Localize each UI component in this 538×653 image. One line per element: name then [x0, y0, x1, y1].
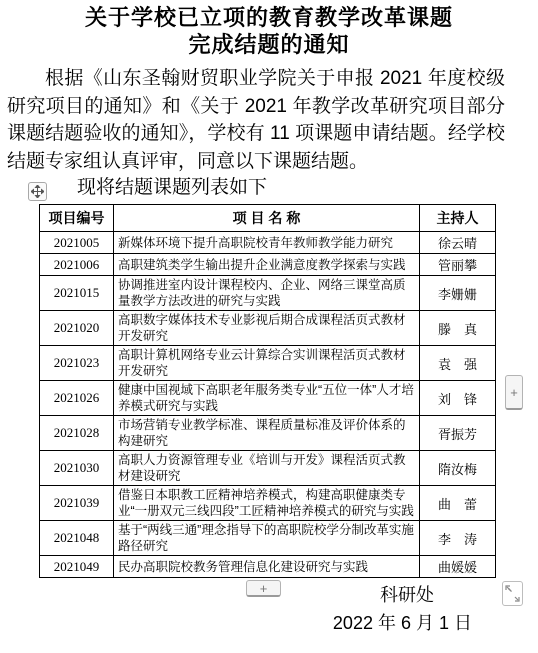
- insert-column-button[interactable]: +: [505, 375, 523, 410]
- project-id-cell: 2021015: [40, 276, 114, 311]
- table-resize-handle[interactable]: [502, 581, 523, 606]
- table-row: 2021030 高职人力资源管理专业《培训与开发》课程活页式教材建设研究 隋汝梅: [40, 451, 496, 486]
- move-arrows-icon: [31, 185, 44, 198]
- project-id-cell: 2021020: [40, 311, 114, 346]
- list-intro-line: 现将结题课题列表如下: [7, 175, 505, 201]
- header-host: 主持人: [420, 205, 496, 232]
- plus-icon: +: [510, 385, 518, 400]
- intro-paragraph: 根据《山东圣翰财贸职业学院关于申报 2021 年度校级研究项目的通知》和《关于 …: [7, 65, 505, 175]
- host-cell: 隋汝梅: [420, 451, 496, 486]
- table-row: 2021015 协调推进室内设计课程校内、企业、网络三课堂高质量教学方法改进的研…: [40, 276, 496, 311]
- project-id-cell: 2021026: [40, 381, 114, 416]
- project-name-cell: 民办高职院校教务管理信息化建设研究与实践: [114, 556, 420, 578]
- host-cell: 胥振芳: [420, 416, 496, 451]
- table-row: 2021039 借鉴日本职教工匠精神培养模式，构建高职健康类专业“一册双元三线四…: [40, 486, 496, 521]
- document-title-line1: 关于学校已立项的教育教学改革课题: [0, 4, 538, 31]
- table-row: 2021005 新媒体环境下提升高职院校青年教师教学能力研究 徐云晴: [40, 232, 496, 254]
- table-body: 2021005 新媒体环境下提升高职院校青年教师教学能力研究 徐云晴 20210…: [40, 232, 496, 578]
- host-cell: 袁 强: [420, 346, 496, 381]
- document-title-line2: 完成结题的通知: [0, 31, 538, 58]
- project-id-cell: 2021039: [40, 486, 114, 521]
- results-table: 项目编号 项 目 名 称 主持人 2021005 新媒体环境下提升高职院校青年教…: [39, 204, 496, 578]
- document-page: 关于学校已立项的教育教学改革课题 完成结题的通知 根据《山东圣翰财贸职业学院关于…: [0, 0, 538, 638]
- host-cell: 曲媛媛: [420, 556, 496, 578]
- table-header-row: 项目编号 项 目 名 称 主持人: [40, 205, 496, 232]
- table-row: 2021049 民办高职院校教务管理信息化建设研究与实践 曲媛媛: [40, 556, 496, 578]
- document-title: 关于学校已立项的教育教学改革课题 完成结题的通知: [0, 4, 538, 58]
- project-name-cell: 高职计算机网络专业云计算综合实训课程活页式教材开发研究: [114, 346, 420, 381]
- project-name-cell: 高职数字媒体技术专业影视后期合成课程活页式教材开发研究: [114, 311, 420, 346]
- project-id-cell: 2021005: [40, 232, 114, 254]
- host-cell: 李 涛: [420, 521, 496, 556]
- project-name-cell: 高职人力资源管理专业《培训与开发》课程活页式教材建设研究: [114, 451, 420, 486]
- table-row: 2021020 高职数字媒体技术专业影视后期合成课程活页式教材开发研究 滕 真: [40, 311, 496, 346]
- project-name-cell: 基于“两线三通”理念指导下的高职院校学分制改革实施路径研究: [114, 521, 420, 556]
- project-id-cell: 2021030: [40, 451, 114, 486]
- host-cell: 滕 真: [420, 311, 496, 346]
- project-name-cell: 市场营销专业教学标准、课程质量标准及评价体系的构建研究: [114, 416, 420, 451]
- plus-icon: +: [260, 581, 268, 596]
- project-id-cell: 2021049: [40, 556, 114, 578]
- host-cell: 管丽攀: [420, 254, 496, 276]
- table-row: 2021026 健康中国视域下高职老年服务类专业“五位一体”人才培养模式研究与实…: [40, 381, 496, 416]
- table-row: 2021028 市场营销专业教学标准、课程质量标准及评价体系的构建研究 胥振芳: [40, 416, 496, 451]
- table-row: 2021048 基于“两线三通”理念指导下的高职院校学分制改革实施路径研究 李 …: [40, 521, 496, 556]
- project-name-cell: 新媒体环境下提升高职院校青年教师教学能力研究: [114, 232, 420, 254]
- insert-row-button[interactable]: +: [246, 580, 281, 597]
- project-id-cell: 2021023: [40, 346, 114, 381]
- project-id-cell: 2021006: [40, 254, 114, 276]
- host-cell: 徐云晴: [420, 232, 496, 254]
- project-id-cell: 2021048: [40, 521, 114, 556]
- project-id-cell: 2021028: [40, 416, 114, 451]
- signature-date: 2022 年 6 月 1 日: [0, 608, 538, 638]
- header-project-id: 项目编号: [40, 205, 114, 232]
- diagonal-resize-icon: [505, 585, 520, 602]
- table-row: 2021023 高职计算机网络专业云计算综合实训课程活页式教材开发研究 袁 强: [40, 346, 496, 381]
- project-name-cell: 高职建筑类学生输出提升企业满意度教学探索与实践: [114, 254, 420, 276]
- table-move-handle[interactable]: [28, 182, 47, 201]
- project-name-cell: 借鉴日本职教工匠精神培养模式，构建高职健康类专业“一册双元三线四段”工匠精神培养…: [114, 486, 420, 521]
- host-cell: 曲 蕾: [420, 486, 496, 521]
- table-row: 2021006 高职建筑类学生输出提升企业满意度教学探索与实践 管丽攀: [40, 254, 496, 276]
- header-project-name: 项 目 名 称: [114, 205, 420, 232]
- project-name-cell: 健康中国视域下高职老年服务类专业“五位一体”人才培养模式研究与实践: [114, 381, 420, 416]
- host-cell: 李姗姗: [420, 276, 496, 311]
- host-cell: 刘 锋: [420, 381, 496, 416]
- project-name-cell: 协调推进室内设计课程校内、企业、网络三课堂高质量教学方法改进的研究与实践: [114, 276, 420, 311]
